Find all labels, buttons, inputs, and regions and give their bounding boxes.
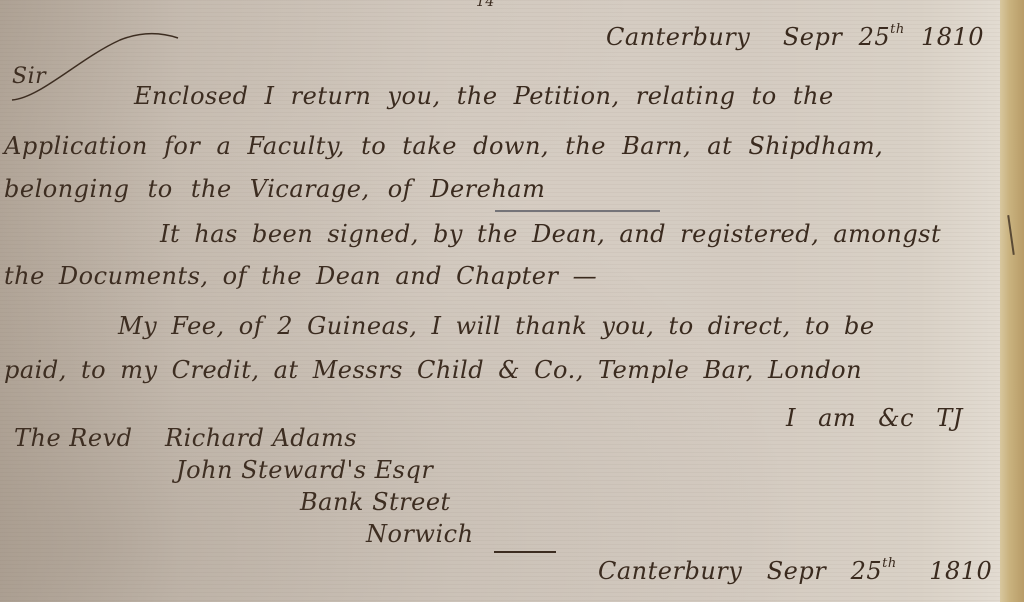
letter1-line-4: It has been signed, by the Dean, and reg… <box>160 220 941 248</box>
letter2-year: 1810 <box>929 557 992 585</box>
separator-rule <box>494 551 556 553</box>
addressee-line-3: Bank Street <box>300 488 451 516</box>
pencil-underline <box>495 210 660 212</box>
letter1-line-6: My Fee, of 2 Guineas, I will thank you, … <box>118 312 875 340</box>
letter2-dateline: Canterbury Sepr 25th 1810 <box>598 556 992 585</box>
letter1-place: Canterbury <box>606 23 750 51</box>
salutation: Sir <box>12 64 46 89</box>
book-binding <box>1000 0 1024 602</box>
letter1-line-3: belonging to the Vicarage, of Dereham <box>4 175 545 203</box>
manuscript-page: 14 Canterbury Sepr 25th 1810 Sir Enclose… <box>0 0 1000 602</box>
letter1-line-2: Application for a Faculty, to take down,… <box>4 132 883 160</box>
letter1-line-1: Enclosed I return you, the Petition, rel… <box>134 82 834 110</box>
letter2-day: 25 <box>851 557 883 585</box>
addressee-title: The Revd <box>14 424 133 452</box>
folio-number: 14 <box>476 0 495 10</box>
letter1-month: Sepr <box>783 23 842 51</box>
addressee-name: Richard Adams <box>165 424 357 452</box>
letter1-signoff: I am &c TJ <box>786 404 963 432</box>
addressee-line-1: The Revd Richard Adams <box>14 424 357 452</box>
letter1-day-suffix: th <box>890 22 905 37</box>
letter1-day: 25 <box>859 23 891 51</box>
letter2-place: Canterbury <box>598 557 742 585</box>
letter2-day-suffix: th <box>882 556 897 571</box>
addressee-line-2: John Steward's Esqr <box>176 456 433 484</box>
letter1-line-7: paid, to my Credit, at Messrs Child & Co… <box>4 356 862 384</box>
letter1-year: 1810 <box>921 23 984 51</box>
letter2-month: Sepr <box>767 557 826 585</box>
letter1-dateline: Canterbury Sepr 25th 1810 <box>606 22 984 51</box>
letter1-line-5: the Documents, of the Dean and Chapter — <box>4 262 597 290</box>
addressee-line-4: Norwich <box>366 520 474 548</box>
